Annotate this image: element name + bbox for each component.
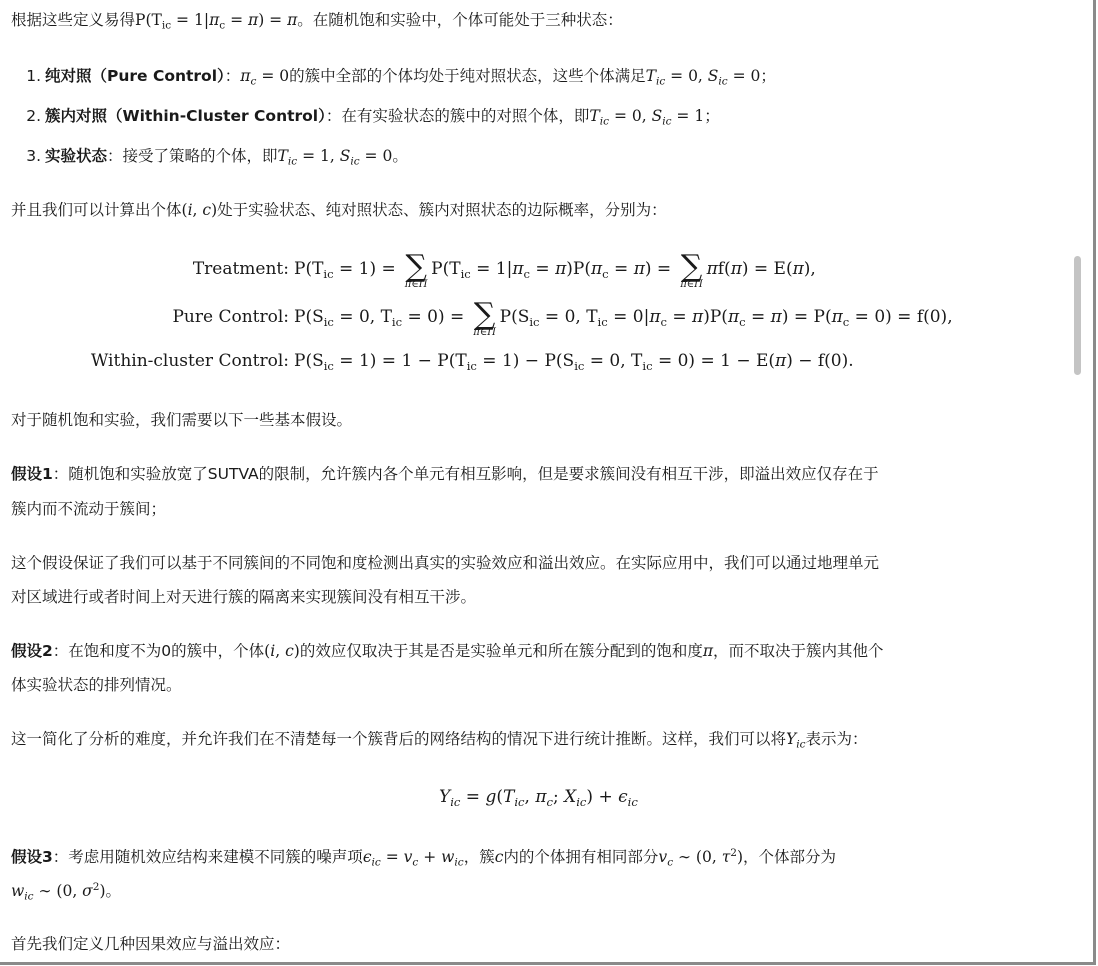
list-number: 2. [21,101,41,131]
equation-expression: P(Tic = 1) = ∑π∈ΠP(Tic = 1|πc = π)P(πc =… [294,254,816,284]
outcome-model-equation: Yic = g(Tic, πc; Xic) + ϵic [439,782,638,812]
list-item-text: 实验状态：接受了策略的个体，即Tic = 1, Sic = 0。 [45,147,408,165]
assumption-2-explanation: 这一简化了分析的难度，并允许我们在不清楚每一个簇背后的网络结构的情况下进行统计推… [11,724,868,754]
list-item-treatment: 3.实验状态：接受了策略的个体，即Tic = 1, Sic = 0。 [21,141,408,171]
intro-paragraph: 根据这些定义易得P(Tic = 1|πc = π) = π。在随机饱和实验中，个… [11,5,623,35]
list-number: 3. [21,141,41,171]
equation-label: Treatment: [193,254,289,284]
assumption-3-line-2: wic ∼ (0, σ2)。 [11,876,121,906]
document-viewport: 根据这些定义易得P(Tic = 1|πc = π) = π。在随机饱和实验中，个… [0,0,1096,965]
list-item-within-cluster-control: 2.簇内对照（Within-Cluster Control）：在有实验状态的簇中… [21,101,720,131]
equation-label: Pure Control: [172,302,289,332]
assumption-1-line-2: 簇内而不流动于簇间； [11,494,166,524]
marginal-probability-paragraph: 并且我们可以计算出个体(i, c)处于实验状态、纯对照状态、簇内对照状态的边际概… [11,195,667,225]
list-number: 1. [21,61,41,91]
assumption-1-line-1: 假设1：随机饱和实验放宽了SUTVA的限制，允许簇内各个单元有相互影响，但是要求… [11,459,879,489]
equation-expression: P(Sic = 1) = 1 − P(Tic = 1) − P(Sic = 0,… [294,346,854,376]
summation-symbol: ∑π∈Π [401,256,431,278]
equation-label: Within-cluster Control: [91,346,289,376]
vertical-scrollbar-thumb[interactable] [1074,256,1081,375]
equation-expression: P(Sic = 0, Tic = 0) = ∑π∈ΠP(Sic = 0, Tic… [294,302,953,332]
assumption-1-explanation-line-2: 对区域进行或者时间上对天进行簇的隔离来实现簇间没有相互干涉。 [11,582,476,612]
assumptions-intro-paragraph: 对于随机饱和实验，我们需要以下一些基本假设。 [11,405,352,435]
list-item-text: 纯对照（Pure Control）：πc = 0的簇中全部的个体均处于纯对照状态… [45,67,776,85]
assumption-1-explanation-line-1: 这个假设保证了我们可以基于不同簇间的不同饱和度检测出真实的实验效应和溢出效应。在… [11,548,879,578]
assumption-2-line-1: 假设2：在饱和度不为0的簇中，个体(i, c)的效应仅取决于其是否是实验单元和所… [11,636,884,666]
summation-symbol: ∑π∈Π [677,256,707,278]
assumption-3-line-1: 假设3：考虑用随机效应结构来建模不同簇的噪声项ϵic = vc + wic，簇c… [11,842,836,872]
summation-symbol: ∑π∈Π [470,304,500,326]
assumption-2-line-2: 体实验状态的排列情况。 [11,670,182,700]
marginal-probability-equations: Treatment:P(Tic = 1) = ∑π∈ΠP(Tic = 1|πc … [11,250,1071,380]
list-item-pure-control: 1.纯对照（Pure Control）：πc = 0的簇中全部的个体均处于纯对照… [21,61,776,91]
closing-paragraph: 首先我们定义几种因果效应与溢出效应： [11,929,290,959]
list-item-text: 簇内对照（Within-Cluster Control）：在有实验状态的簇中的对… [45,107,720,125]
